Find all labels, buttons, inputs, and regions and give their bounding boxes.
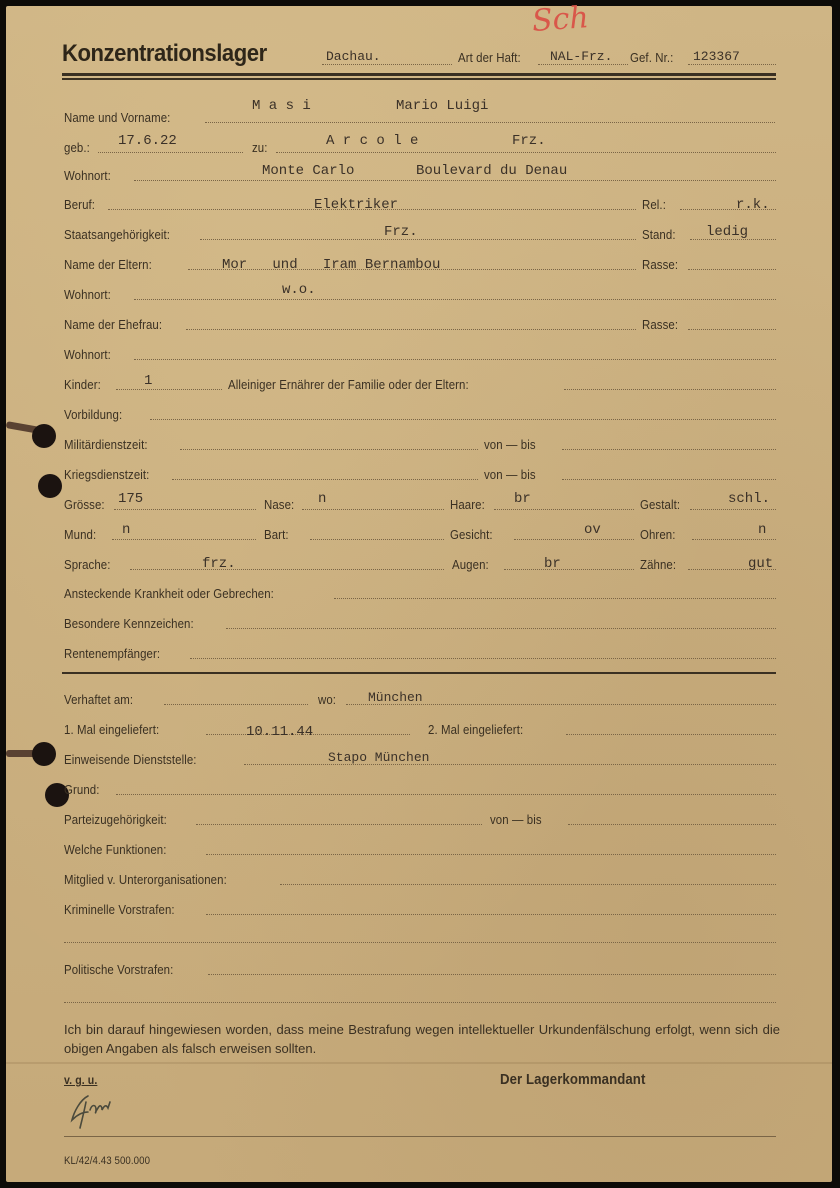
mal1-value: 10.11.44 <box>246 724 313 740</box>
punch-hole <box>32 742 56 766</box>
staat-label: Staatsangehörigkeit: <box>64 227 170 242</box>
field-line <box>568 824 776 825</box>
rente-label: Rentenempfänger: <box>64 646 160 661</box>
birth-country: Frz. <box>512 133 546 149</box>
eltern-value: Mor und Iram Bernambou <box>222 257 440 273</box>
von-bis-label: von — bis <box>490 812 542 827</box>
punch-hole <box>32 424 56 448</box>
camp-name: Dachau. <box>326 49 381 64</box>
wo-label: wo: <box>318 692 336 707</box>
zaehne-value: gut <box>748 556 773 572</box>
field-line <box>562 479 776 480</box>
eltern-wohnort-label: Wohnort: <box>64 287 111 302</box>
kinder-label: Kinder: <box>64 377 101 392</box>
groesse-label: Grösse: <box>64 497 105 512</box>
ehefrau-wohnort-label: Wohnort: <box>64 347 111 362</box>
ohren-label: Ohren: <box>640 527 676 542</box>
grund-label: Grund: <box>64 782 100 797</box>
rasse-label: Rasse: <box>642 257 678 272</box>
field-line <box>172 479 478 480</box>
birth-date: 17.6.22 <box>118 133 177 149</box>
signature-icon <box>66 1090 156 1132</box>
field-line <box>164 704 308 705</box>
haft-label: Art der Haft: <box>458 50 521 65</box>
field-line <box>206 914 776 915</box>
gesicht-label: Gesicht: <box>450 527 493 542</box>
geb-label: geb.: <box>64 140 90 155</box>
field-line <box>566 734 776 735</box>
field-line <box>134 180 776 181</box>
red-annotation: Sch <box>531 0 590 39</box>
field-line <box>134 299 776 300</box>
field-line <box>688 64 776 65</box>
field-line <box>64 942 776 943</box>
politische-label: Politische Vorstrafen: <box>64 962 173 977</box>
groesse-value: 175 <box>118 491 143 507</box>
gestalt-label: Gestalt: <box>640 497 680 512</box>
surname-value: M a s i <box>252 98 311 114</box>
gestalt-value: schl. <box>728 491 770 507</box>
field-line <box>538 64 628 65</box>
krankheit-label: Ansteckende Krankheit oder Gebrechen: <box>64 586 274 601</box>
haft-value: NAL-Frz. <box>550 49 612 64</box>
declaration-text: Ich bin darauf hingewiesen worden, dass … <box>64 1020 780 1058</box>
dienststelle-value: Stapo München <box>328 750 429 765</box>
given-names-value: Mario Luigi <box>396 98 488 114</box>
punch-hole <box>38 474 62 498</box>
sprache-value: frz. <box>202 556 236 572</box>
field-line <box>494 509 634 510</box>
wohnort-street: Boulevard du Denau <box>416 163 567 179</box>
field-line <box>205 122 775 123</box>
stand-value: ledig <box>706 224 748 240</box>
birth-place: A r c o l e <box>326 133 418 149</box>
vgu-label: v. g. u. <box>64 1073 97 1087</box>
beruf-label: Beruf: <box>64 197 95 212</box>
bart-label: Bart: <box>264 527 289 542</box>
mal2-label: 2. Mal eingeliefert: <box>428 722 523 737</box>
field-line <box>114 509 256 510</box>
mund-value: n <box>122 522 130 538</box>
section-rule <box>62 672 776 674</box>
field-line <box>98 152 243 153</box>
field-line <box>186 329 636 330</box>
dienststelle-label: Einweisende Dienststelle: <box>64 752 197 767</box>
name-label: Name und Vorname: <box>64 110 170 125</box>
field-line <box>112 539 256 540</box>
field-line <box>134 359 776 360</box>
rel-value: r.k. <box>736 197 770 213</box>
mitglied-label: Mitglied v. Unterorganisationen: <box>64 872 227 887</box>
header-rule <box>62 78 776 80</box>
eltern-wohnort-value: w.o. <box>282 282 316 298</box>
field-line <box>190 658 776 659</box>
paper-fold <box>6 1062 832 1064</box>
nase-value: n <box>318 491 326 507</box>
eltern-label: Name der Eltern: <box>64 257 152 272</box>
field-line <box>688 329 776 330</box>
field-line <box>244 764 776 765</box>
signature-line <box>64 1136 776 1137</box>
zaehne-label: Zähne: <box>640 557 676 572</box>
field-line <box>322 64 452 65</box>
field-line <box>564 389 776 390</box>
field-line <box>64 1002 776 1003</box>
field-line <box>310 539 444 540</box>
von-bis-label: von — bis <box>484 467 536 482</box>
sprache-label: Sprache: <box>64 557 111 572</box>
ohren-value: n <box>758 522 766 538</box>
field-line <box>226 628 776 629</box>
ernaehrer-label: Alleiniger Ernährer der Familie oder der… <box>228 377 469 392</box>
haare-value: br <box>514 491 531 507</box>
field-line <box>690 509 776 510</box>
ehefrau-rasse-label: Rasse: <box>642 317 678 332</box>
field-line <box>692 539 776 540</box>
gef-label: Gef. Nr.: <box>630 50 673 65</box>
field-line <box>206 854 776 855</box>
nase-label: Nase: <box>264 497 294 512</box>
funktionen-label: Welche Funktionen: <box>64 842 166 857</box>
field-line <box>116 794 776 795</box>
staat-value: Frz. <box>384 224 418 240</box>
krieg-label: Kriegsdienstzeit: <box>64 467 149 482</box>
field-line <box>180 449 478 450</box>
field-line <box>196 824 482 825</box>
vorbildung-label: Vorbildung: <box>64 407 122 422</box>
mund-label: Mund: <box>64 527 96 542</box>
field-line <box>208 974 776 975</box>
haare-label: Haare: <box>450 497 485 512</box>
field-line <box>302 509 444 510</box>
form-number: KL/42/4.43 500.000 <box>64 1155 150 1167</box>
kinder-value: 1 <box>144 373 152 389</box>
field-line <box>562 449 776 450</box>
ehefrau-label: Name der Ehefrau: <box>64 317 162 332</box>
field-line <box>514 539 634 540</box>
verhaftet-label: Verhaftet am: <box>64 692 133 707</box>
kriminelle-label: Kriminelle Vorstrafen: <box>64 902 175 917</box>
commandant-label: Der Lagerkommandant <box>500 1071 645 1088</box>
von-bis-label: von — bis <box>484 437 536 452</box>
field-line <box>688 269 776 270</box>
kennzeichen-label: Besondere Kennzeichen: <box>64 616 194 631</box>
beruf-value: Elektriker <box>314 197 398 213</box>
zu-label: zu: <box>252 140 268 155</box>
field-line <box>130 569 444 570</box>
augen-value: br <box>544 556 561 572</box>
wo-value: München <box>368 690 423 705</box>
stand-label: Stand: <box>642 227 676 242</box>
field-line <box>504 569 634 570</box>
wohnort-city: Monte Carlo <box>262 163 354 179</box>
field-line <box>200 239 636 240</box>
field-line <box>150 419 776 420</box>
gesicht-value: ov <box>584 522 601 538</box>
field-line <box>116 389 222 390</box>
field-line <box>280 884 776 885</box>
page-title: Konzentrationslager <box>62 40 267 68</box>
augen-label: Augen: <box>452 557 489 572</box>
header-rule <box>62 73 776 76</box>
rel-label: Rel.: <box>642 197 666 212</box>
mal1-label: 1. Mal eingeliefert: <box>64 722 159 737</box>
prisoner-number: 123367 <box>693 49 740 64</box>
field-line <box>334 598 776 599</box>
field-line <box>276 152 776 153</box>
wohnort-label: Wohnort: <box>64 168 111 183</box>
militaer-label: Militärdienstzeit: <box>64 437 148 452</box>
partei-label: Parteizugehörigkeit: <box>64 812 167 827</box>
